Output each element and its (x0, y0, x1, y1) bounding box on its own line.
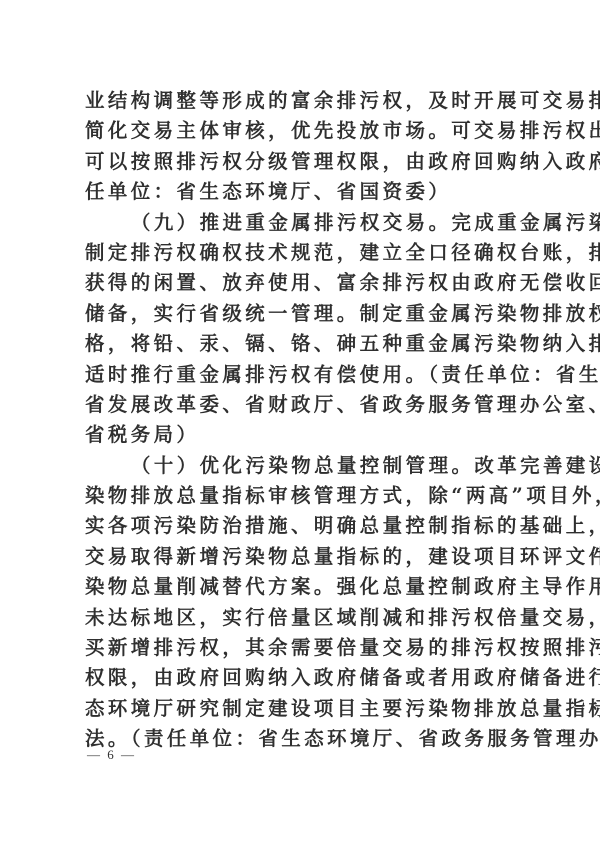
text-line: 业结构调整等形成的富余排污权，及时开展可交易排污权认定， (85, 86, 522, 116)
text-line: 法。（责任单位：省生态环境厅、省政务服务管理办公室） (85, 724, 522, 754)
text-line: 可以按照排污权分级管理权限，由政府回购纳入政府储备。（责 (85, 147, 522, 177)
text-line: 未达标地区，实行倍量区域削减和排污权倍量交易，建设单位购 (85, 603, 522, 633)
text-line: 染物总量削减替代方案。强化总量控制政府主导作用，环境质量 (85, 572, 522, 602)
body-text: 业结构调整等形成的富余排污权，及时开展可交易排污权认定，简化交易主体审核，优先投… (85, 86, 522, 755)
text-line: 适时推行重金属排污权有偿使用。（责任单位：省生态环境厅、 (85, 360, 522, 390)
text-line: 格，将铅、汞、镉、铬、砷五种重金属污染物纳入排污权交易， (85, 329, 522, 359)
text-line: 染物排放总量指标审核管理方式，除“两高”项目外，在严格落 (85, 481, 522, 511)
text-line: 获得的闲置、放弃使用、富余排污权由政府无偿收回，纳入政府 (85, 268, 522, 298)
document-page: 业结构调整等形成的富余排污权，及时开展可交易排污权认定，简化交易主体审核，优先投… (0, 0, 600, 848)
text-line: （九）推进重金属排污权交易。完成重金属污染物摸底调查， (85, 208, 522, 238)
text-line: （十）优化污染物总量控制管理。改革完善建设项目主要污 (85, 451, 522, 481)
text-line: 交易取得新增污染物总量指标的，建设项目环评文件不需确定污 (85, 542, 522, 572)
text-line: 省税务局） (85, 420, 522, 450)
text-line: 任单位：省生态环境厅、省国资委） (85, 177, 522, 207)
page-number: — 6 — (87, 747, 136, 763)
text-line: 实各项污染防治措施、明确总量控制指标的基础上，通过排污权 (85, 511, 522, 541)
text-line: 权限，由政府回购纳入政府储备或者用政府储备进行平衡。省生 (85, 663, 522, 693)
text-line: 省发展改革委、省财政厅、省政务服务管理办公室、省国资委、 (85, 390, 522, 420)
text-line: 储备，实行省级统一管理。制定重金属污染物排放权交易基准价 (85, 299, 522, 329)
text-line: 制定排污权确权技术规范，建立全口径确权台账，排污单位无偿 (85, 238, 522, 268)
text-line: 买新增排污权，其余需要倍量交易的排污权按照排污权分级管理 (85, 633, 522, 663)
text-line: 简化交易主体审核，优先投放市场。可交易排污权出让困难的， (85, 116, 522, 146)
text-line: 态环境厅研究制定建设项目主要污染物排放总量指标审核管理办 (85, 694, 522, 724)
